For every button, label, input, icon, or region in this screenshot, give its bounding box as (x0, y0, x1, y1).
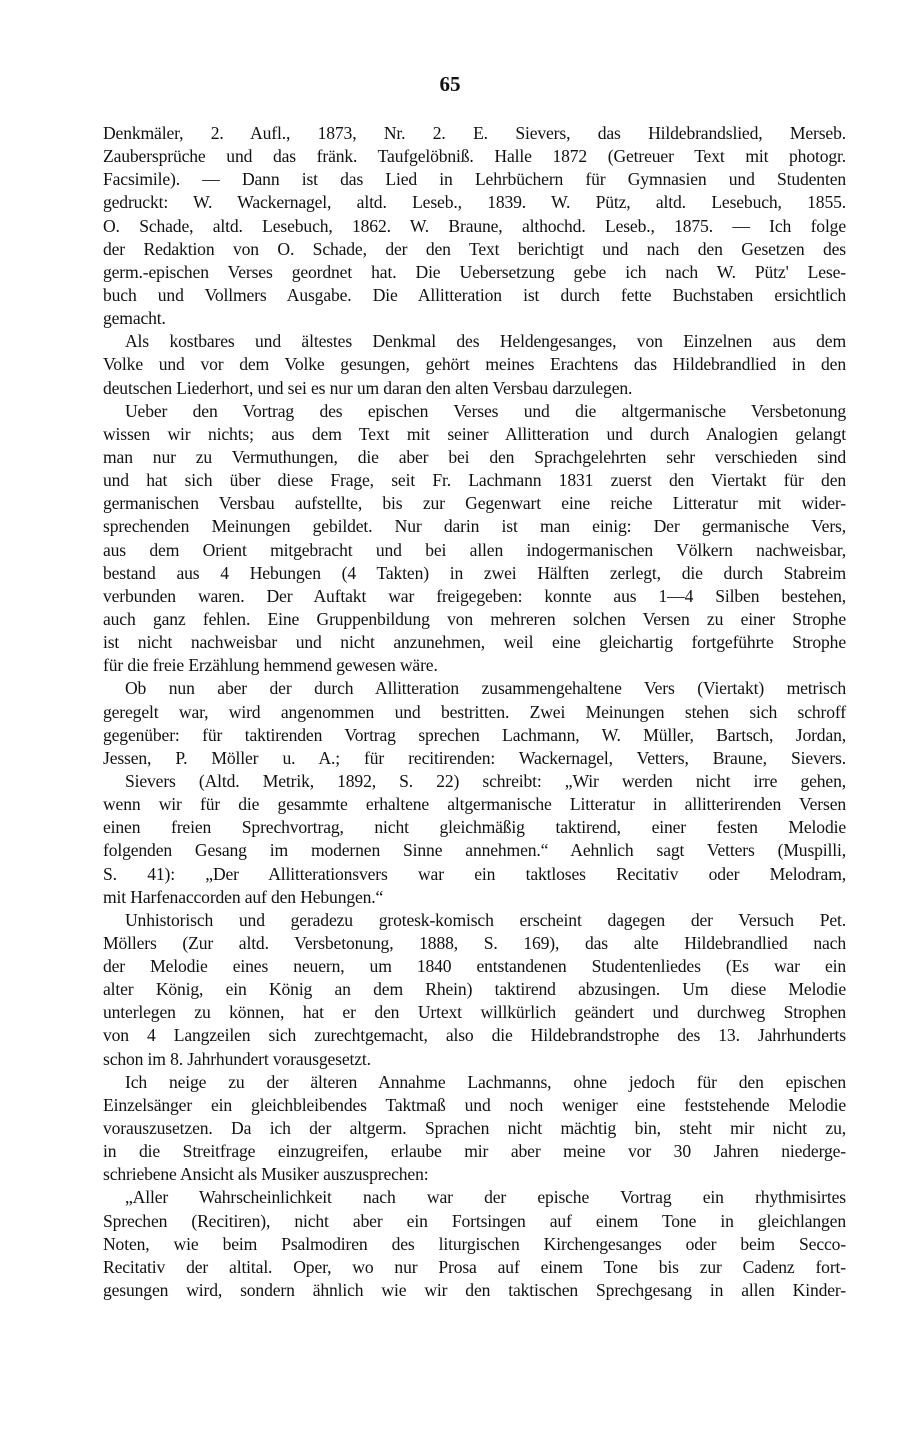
text-line: der Melodie eines neuern, um 1840 entsta… (103, 955, 846, 978)
text-line: in die Streitfrage einzugreifen, erlaube… (103, 1140, 846, 1163)
text-line: S. 41): „Der Allitterationsvers war ein … (103, 863, 846, 886)
text-line: für die freie Erzählung hemmend gewesen … (103, 654, 846, 677)
text-line: schriebene Ansicht als Musiker auszuspre… (103, 1163, 846, 1186)
text-line: unterlegen zu können, hat er den Urtext … (103, 1001, 846, 1024)
text-line: Recitativ der altital. Oper, wo nur Pros… (103, 1256, 846, 1279)
text-line: Denkmäler, 2. Aufl., 1873, Nr. 2. E. Sie… (103, 122, 846, 145)
text-line: germ.-epischen Verses geordnet hat. Die … (103, 261, 846, 284)
text-line: aus dem Orient mitgebracht und bei allen… (103, 539, 846, 562)
body-text: Denkmäler, 2. Aufl., 1873, Nr. 2. E. Sie… (103, 122, 846, 1302)
text-line: Sprechen (Recitiren), nicht aber ein For… (103, 1210, 846, 1233)
text-line: gesungen wird, sondern ähnlich wie wir d… (103, 1279, 846, 1302)
text-line: bestand aus 4 Hebungen (4 Takten) in zwe… (103, 562, 846, 585)
text-line: auch ganz fehlen. Eine Gruppenbildung vo… (103, 608, 846, 631)
text-line: ist nicht nachweisbar und nicht anzunehm… (103, 631, 846, 654)
text-line: Unhistorisch und geradezu grotesk-komisc… (103, 909, 846, 932)
text-line: wissen wir nichts; aus dem Text mit sein… (103, 423, 846, 446)
text-line: gedruckt: W. Wackernagel, altd. Leseb., … (103, 191, 846, 214)
text-line: alter König, ein König an dem Rhein) tak… (103, 978, 846, 1001)
text-line: Volke und vor dem Volke gesungen, gehört… (103, 353, 846, 376)
text-line: Noten, wie beim Psalmodiren des liturgis… (103, 1233, 846, 1256)
text-line: Sievers (Altd. Metrik, 1892, S. 22) schr… (103, 770, 846, 793)
text-line: verbunden waren. Der Auftakt war freigeg… (103, 585, 846, 608)
text-line: Ueber den Vortrag des epischen Verses un… (103, 400, 846, 423)
text-line: sprechenden Meinungen gebildet. Nur dari… (103, 515, 846, 538)
text-line: geregelt war, wird angenommen und bestri… (103, 701, 846, 724)
text-line: der Redaktion von O. Schade, der den Tex… (103, 238, 846, 261)
text-line: Zaubersprüche und das fränk. Taufgelöbni… (103, 145, 846, 168)
text-line: Einzelsänger ein gleichbleibendes Taktma… (103, 1094, 846, 1117)
text-line: mit Harfenaccorden auf den Hebungen.“ (103, 886, 846, 909)
text-line: deutschen Liederhort, und sei es nur um … (103, 377, 846, 400)
page-number: 65 (0, 72, 900, 97)
text-line: man nur zu Vermuthungen, die aber bei de… (103, 446, 846, 469)
text-line: gemacht. (103, 307, 846, 330)
text-line: folgenden Gesang im modernen Sinne anneh… (103, 839, 846, 862)
text-line: einen freien Sprechvortrag, nicht gleich… (103, 816, 846, 839)
text-line: O. Schade, altd. Lesebuch, 1862. W. Brau… (103, 215, 846, 238)
text-line: Möllers (Zur altd. Versbetonung, 1888, S… (103, 932, 846, 955)
text-line: Ob nun aber der durch Allitteration zusa… (103, 677, 846, 700)
text-line: von 4 Langzeilen sich zurechtgemacht, al… (103, 1024, 846, 1047)
text-line: Ich neige zu der älteren Annahme Lachman… (103, 1071, 846, 1094)
text-line: „Aller Wahrscheinlichkeit nach war der e… (103, 1186, 846, 1209)
text-line: vorauszusetzen. Da ich der altgerm. Spra… (103, 1117, 846, 1140)
text-line: wenn wir für die gesammte erhaltene altg… (103, 793, 846, 816)
text-line: schon im 8. Jahrhundert vorausgesetzt. (103, 1048, 846, 1071)
text-line: germanischen Versbau aufstellte, bis zur… (103, 492, 846, 515)
text-line: gegenüber: für taktirenden Vortrag sprec… (103, 724, 846, 747)
text-line: Facsimile). — Dann ist das Lied in Lehrb… (103, 168, 846, 191)
text-line: und hat sich über diese Frage, seit Fr. … (103, 469, 846, 492)
text-line: Als kostbares und ältestes Denkmal des H… (103, 330, 846, 353)
text-line: Jessen, P. Möller u. A.; für recitirende… (103, 747, 846, 770)
text-line: buch und Vollmers Ausgabe. Die Allittera… (103, 284, 846, 307)
